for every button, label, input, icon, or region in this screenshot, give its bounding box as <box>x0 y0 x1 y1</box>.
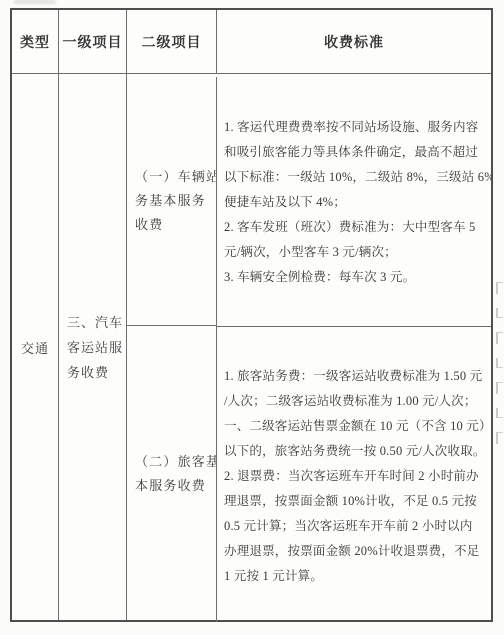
header-level2: 二级项目 <box>127 10 217 74</box>
type-value: 交通 <box>21 338 49 357</box>
cell-level2-project-2: （二）旅客基 本服务收费 <box>127 325 217 622</box>
edge-text-fragments <box>496 282 504 442</box>
cell-level1-project: 三、汽车 客运站服 务收费 <box>59 74 127 620</box>
cell-standard-2: 1. 旅客站务费：一级客运站收费标准为 1.50 元 /人次；二级客运站收费标准… <box>217 328 491 625</box>
level2-project-1-text: （一）车辆站 务基本服务 收费 <box>135 165 214 237</box>
edge-fragment <box>496 332 503 344</box>
header-type-label: 类型 <box>20 32 50 52</box>
edge-fragment <box>496 358 503 368</box>
scan-artifact-smudge <box>14 0 56 4</box>
header-level1-label: 一级项目 <box>63 32 123 52</box>
header-standard: 收费标准 <box>217 10 491 74</box>
header-level1: 一级项目 <box>59 10 127 74</box>
fee-standards-table: 类型 一级项目 二级项目 收费标准 交通 三、汽车 客运站服 务收费 （一）车辆… <box>10 8 493 622</box>
edge-fragment <box>496 432 503 444</box>
level1-project-text: 三、汽车 客运站服 务收费 <box>67 310 126 385</box>
level2-project-2-text: （二）旅客基 本服务收费 <box>135 450 214 498</box>
header-standard-label: 收费标准 <box>324 32 384 52</box>
edge-fragment <box>496 308 503 318</box>
standard-2-text: 1. 旅客站务费：一级客运站收费标准为 1.50 元 /人次；二级客运站收费标准… <box>224 364 488 589</box>
cell-level2-project-1: （一）车辆站 务基本服务 收费 <box>127 77 217 326</box>
header-level2-label: 二级项目 <box>142 32 202 52</box>
standard-1-text: 1. 客运代理费费率按不同站场设施、服务内容 和吸引旅客能力等具体条件确定，最高… <box>224 115 488 290</box>
cell-type: 交通 <box>12 74 59 620</box>
edge-fragment <box>496 382 503 394</box>
edge-fragment <box>496 282 503 294</box>
cell-standard-1: 1. 客运代理费费率按不同站场设施、服务内容 和吸引旅客能力等具体条件确定，最高… <box>217 78 491 327</box>
edge-fragment <box>496 408 503 418</box>
header-type: 类型 <box>12 10 59 74</box>
